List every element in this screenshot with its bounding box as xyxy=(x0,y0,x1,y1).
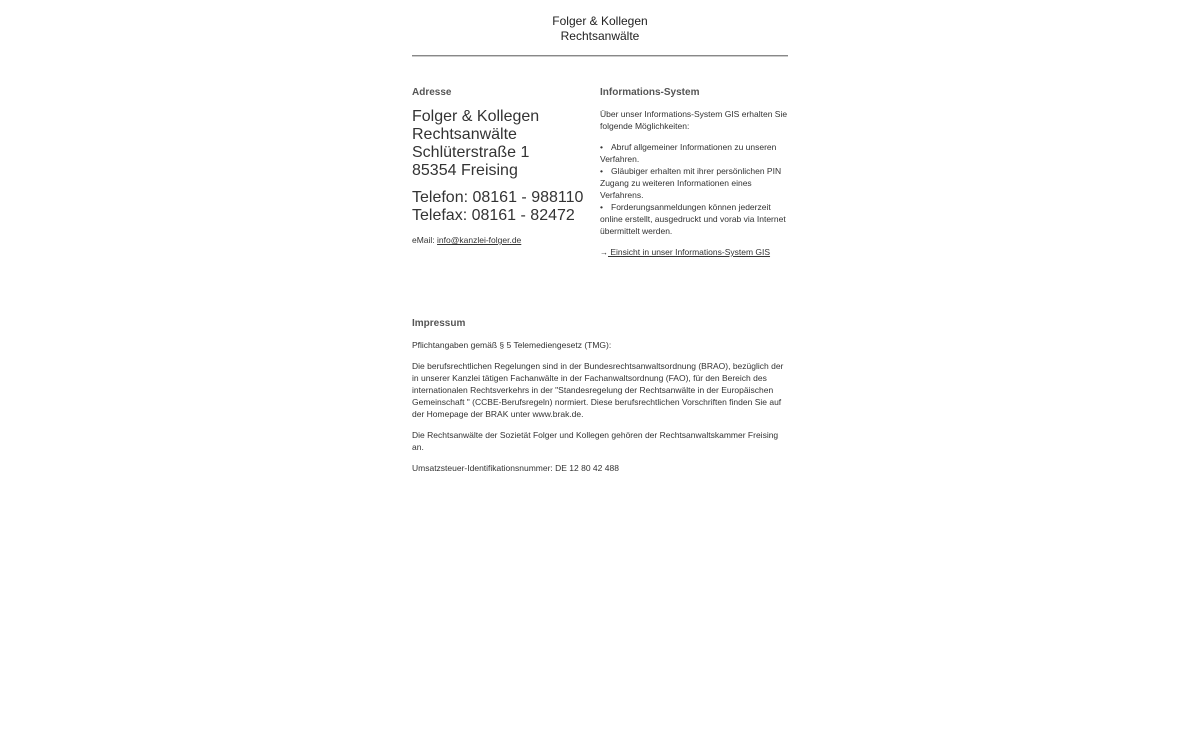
address-line: 85354 Freising xyxy=(412,162,592,180)
list-item: •Abruf allgemeiner Informationen zu unse… xyxy=(600,141,788,165)
email-label: eMail: xyxy=(412,235,437,245)
gis-link[interactable]: Einsicht in unser Informations-System GI… xyxy=(608,247,770,257)
info-system-intro: Über unser Informations-System GIS erhal… xyxy=(600,108,788,132)
fax-number: Telefax: 08161 - 82472 xyxy=(412,207,592,225)
address-section: Adresse Folger & Kollegen Rechtsanwälte … xyxy=(412,57,592,246)
arrow-right-icon: → xyxy=(600,248,608,257)
info-system-section: Informations-System Über unser Informati… xyxy=(600,57,788,259)
list-item: •Gläubiger erhalten mit ihrer persönlich… xyxy=(600,165,788,201)
impressum-paragraph: Umsatzsteuer-Identifikationsnummer: DE 1… xyxy=(412,462,788,474)
address-line: Rechtsanwälte xyxy=(412,126,592,144)
bullet-icon: • xyxy=(600,165,611,177)
list-item: •Forderungsanmeldungen können jederzeit … xyxy=(600,201,788,237)
impressum-section: Impressum Pflichtangaben gemäß § 5 Telem… xyxy=(412,318,788,474)
bullet-icon: • xyxy=(600,141,611,153)
address-heading: Adresse xyxy=(412,57,592,99)
feature-list: •Abruf allgemeiner Informationen zu unse… xyxy=(600,141,788,237)
impressum-heading: Impressum xyxy=(412,318,788,330)
impressum-paragraph: Die berufsrechtlichen Regelungen sind in… xyxy=(412,360,788,420)
gis-link-line: → Einsicht in unser Informations-System … xyxy=(600,246,788,259)
info-system-heading: Informations-System xyxy=(600,57,788,99)
content-columns: Adresse Folger & Kollegen Rechtsanwälte … xyxy=(412,57,788,287)
site-header: Folger & Kollegen Rechtsanwälte xyxy=(412,0,788,43)
impressum-paragraph: Die Rechtsanwälte der Sozietät Folger un… xyxy=(412,429,788,453)
address-line: Folger & Kollegen xyxy=(412,108,592,126)
firm-subtitle: Rechtsanwälte xyxy=(412,29,788,44)
email-link[interactable]: info@kanzlei-folger.de xyxy=(437,235,521,245)
email-line: eMail: info@kanzlei-folger.de xyxy=(412,234,592,246)
address-line: Schlüterstraße 1 xyxy=(412,144,592,162)
page: Folger & Kollegen Rechtsanwälte Adresse … xyxy=(412,0,788,287)
phone-number: Telefon: 08161 - 988110 xyxy=(412,189,592,207)
impressum-paragraph: Pflichtangaben gemäß § 5 Telemediengeset… xyxy=(412,339,788,351)
bullet-icon: • xyxy=(600,201,611,213)
firm-name: Folger & Kollegen xyxy=(412,14,788,29)
